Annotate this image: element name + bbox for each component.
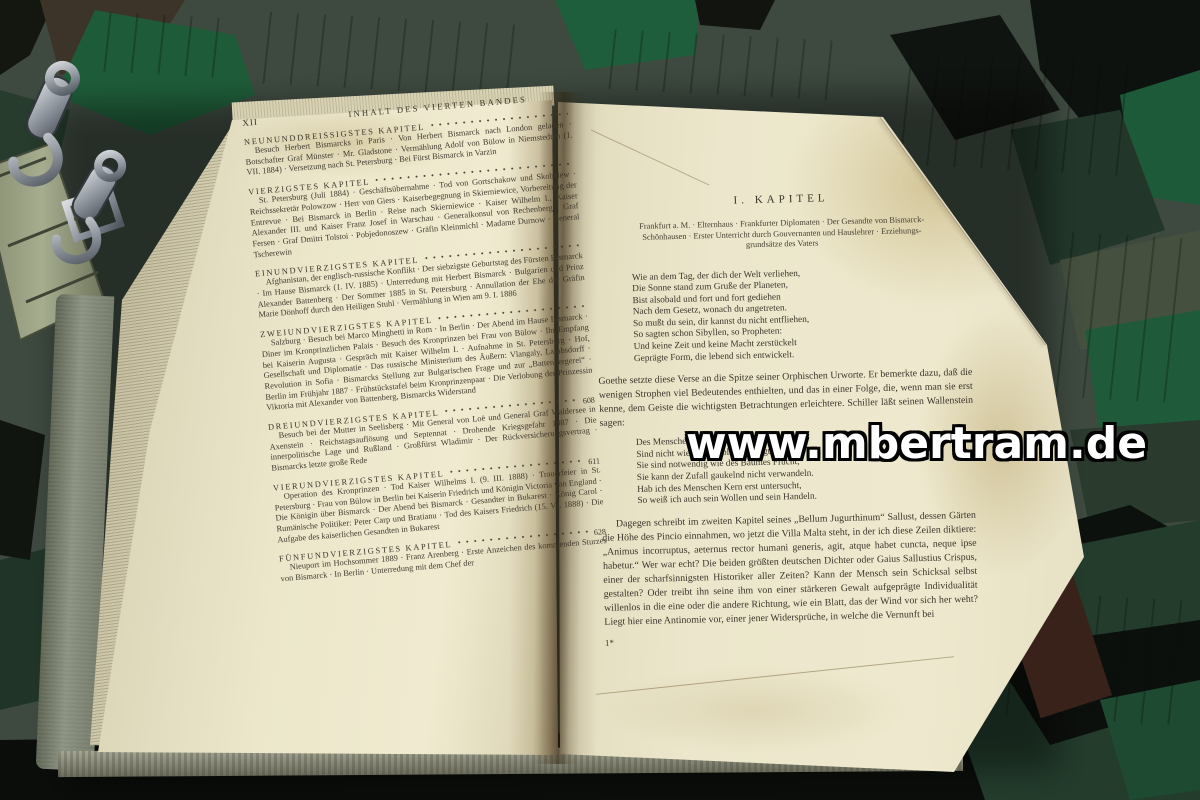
snap-hook-upper: [5, 60, 96, 189]
goethe-verse: Wie an dem Tag, der dich der Welt verlie…: [632, 264, 972, 365]
page-crease: [591, 130, 709, 186]
watermark: www.mbertram.de: [686, 418, 1147, 469]
page-stain: [600, 665, 910, 755]
camo-rain-strokes: [599, 28, 852, 101]
camo-rain-strokes: [253, 11, 521, 97]
chapter-synopsis: Frankfurt a. M. · Elternhaus · Frankfurt…: [595, 214, 970, 255]
body-paragraph: Dagegen schreibt im zweiten Kapitel sein…: [602, 509, 979, 630]
table-of-contents: XII INHALT DES VIERTEN BANDES NEUNUNDDRE…: [242, 91, 609, 594]
toc-entry: ZWEIUNDVIERZIGSTES KAPITEL Salzburg · Be…: [260, 302, 594, 414]
camo-rain-strokes: [1051, 232, 1194, 404]
photo-scene: XII INHALT DES VIERTEN BANDES NEUNUNDDRE…: [0, 0, 1200, 800]
